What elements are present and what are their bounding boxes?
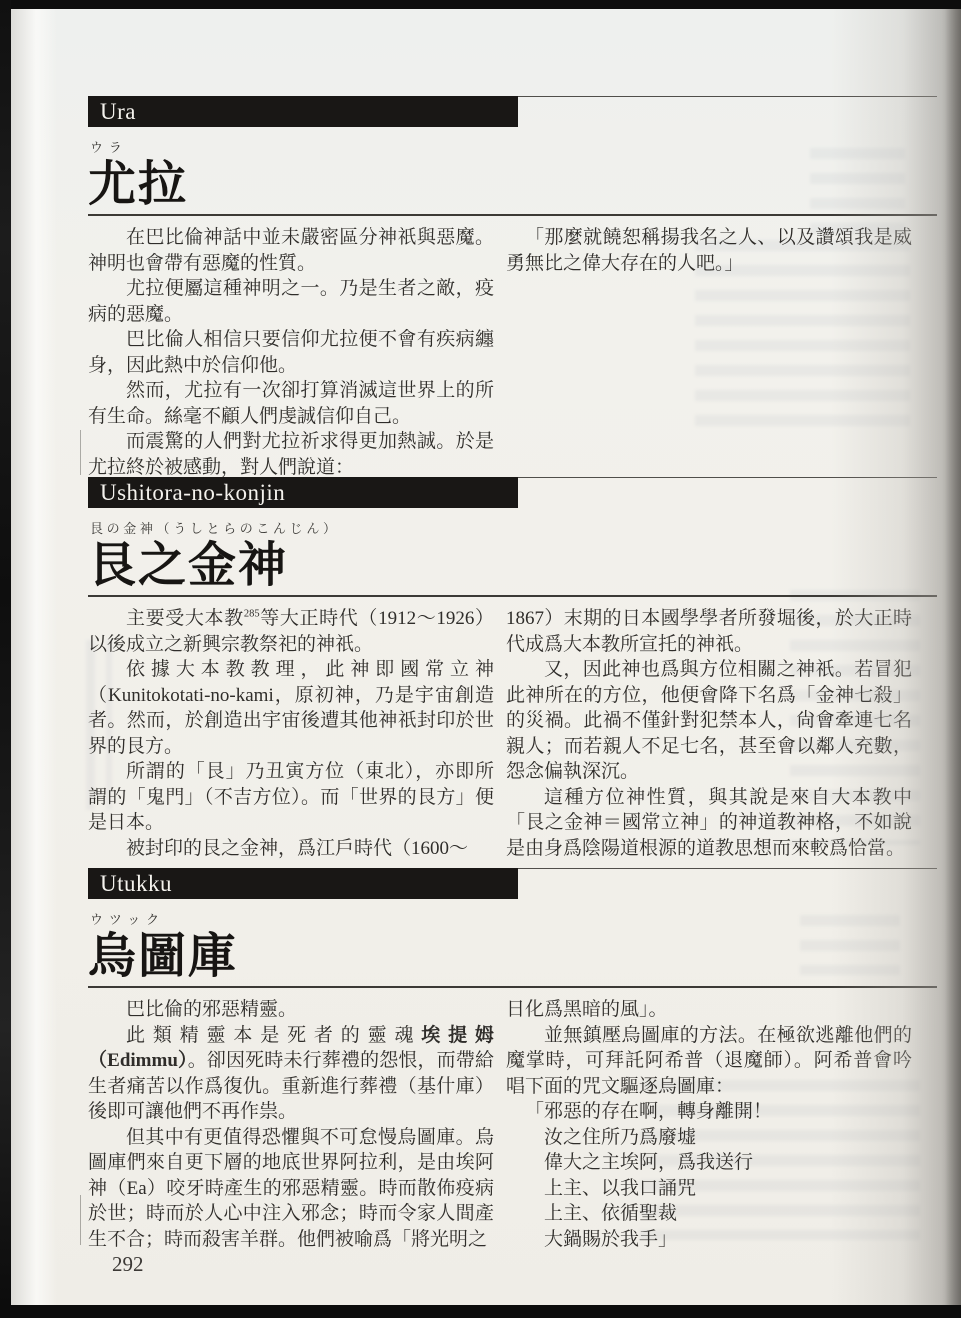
paragraph: 但其中有更值得恐懼與不可怠慢烏圖庫。烏圖庫們來自更下層的地底世界阿拉利，是由埃阿… bbox=[88, 1125, 494, 1253]
paragraph: 這種方位神性質，與其說是來自大本教中「艮之金神＝國常立神」的神道教神格，不如說是… bbox=[506, 785, 912, 862]
margin-hairline bbox=[80, 430, 81, 475]
margin-hairline bbox=[80, 1195, 81, 1245]
scanned-book-page: { "page": { "number": "292" }, "sections… bbox=[0, 0, 961, 1318]
entry-body: 主要受大本教285等大正時代（1912～1926）以後成立之新興宗教祭祀的神祇。… bbox=[88, 606, 937, 861]
scan-edge-left bbox=[0, 0, 11, 1318]
paragraph: 在巴比倫神話中並未嚴密區分神祇與惡魔。神明也會帶有惡魔的性質。 bbox=[88, 225, 494, 276]
paragraph: 日化爲黑暗的風」。 bbox=[506, 997, 912, 1023]
paragraph: 然而，尤拉有一次卻打算消滅這世界上的所有生命。絲毫不顧人們虔誠信仰自己。 bbox=[88, 378, 494, 429]
left-column: 在巴比倫神話中並未嚴密區分神祇與惡魔。神明也會帶有惡魔的性質。尤拉便屬這種神明之… bbox=[88, 225, 494, 480]
entry-title: 烏圖庫 bbox=[88, 930, 937, 982]
paragraph: 上主、依循聖裁 bbox=[506, 1201, 912, 1227]
entry-header-bar: Ushitora-no-konjin bbox=[88, 477, 518, 508]
paragraph: 「那麼就饒恕稱揚我名之人、以及讚頌我是威勇無比之偉大存在的人吧。」 bbox=[506, 225, 912, 276]
paragraph: 又，因此神也爲與方位相關之神祇。若冒犯此神所在的方位，他便會降下名爲「金神七殺」… bbox=[506, 657, 912, 785]
entry-title: 尤拉 bbox=[88, 158, 937, 210]
scan-edge-top bbox=[0, 0, 961, 9]
title-underline-rule bbox=[88, 214, 937, 216]
entry-body: 在巴比倫神話中並未嚴密區分神祇與惡魔。神明也會帶有惡魔的性質。尤拉便屬這種神明之… bbox=[88, 225, 937, 480]
right-column: 「那麼就饒恕稱揚我名之人、以及讚頌我是威勇無比之偉大存在的人吧。」 bbox=[506, 225, 912, 480]
page-number: 292 bbox=[112, 1252, 144, 1277]
scan-edge-bottom bbox=[0, 1305, 961, 1318]
entry-ruby-reading: 艮の金神（うしとらのこんじん） bbox=[90, 518, 937, 537]
page-edge-highlight bbox=[11, 9, 57, 1305]
paragraph: 尤拉便屬這種神明之一。乃是生者之敵，疫病的惡魔。 bbox=[88, 276, 494, 327]
paragraph: 並無鎮壓烏圖庫的方法。在極欲逃離他們的魔掌時，可拜託阿希普（退魔師）。阿希普會吟… bbox=[506, 1023, 912, 1100]
entry-ura: Ura ウラ 尤拉 在巴比倫神話中並未嚴密區分神祇與惡魔。神明也會帶有惡魔的性質… bbox=[88, 96, 937, 480]
paragraph: 所謂的「艮」乃丑寅方位（東北），亦即所謂的「鬼門」（不吉方位）。而「世界的艮方」… bbox=[88, 759, 494, 836]
entry-utukku: Utukku ウツック 烏圖庫 巴比倫的邪惡精靈。此類精靈本是死者的靈魂埃提姆（… bbox=[88, 868, 937, 1252]
entry-roman-name: Ura bbox=[100, 99, 136, 125]
left-column: 巴比倫的邪惡精靈。此類精靈本是死者的靈魂埃提姆（Edimmu）。卻因死時未行葬禮… bbox=[88, 997, 494, 1252]
page-gutter-shadow-dark bbox=[945, 0, 961, 1318]
entry-header-bar: Utukku bbox=[88, 868, 518, 899]
entry-roman-name: Ushitora-no-konjin bbox=[100, 480, 285, 506]
paragraph: 主要受大本教285等大正時代（1912～1926）以後成立之新興宗教祭祀的神祇。 bbox=[88, 606, 494, 657]
left-column: 主要受大本教285等大正時代（1912～1926）以後成立之新興宗教祭祀的神祇。… bbox=[88, 606, 494, 861]
entry-ruby-reading: ウツック bbox=[90, 909, 937, 928]
paragraph: 汝之住所乃爲廢墟 bbox=[506, 1125, 912, 1151]
entry-roman-name: Utukku bbox=[100, 871, 172, 897]
paragraph: 巴比倫人相信只要信仰尤拉便不會有疾病纏身，因此熱中於信仰他。 bbox=[88, 327, 494, 378]
title-underline-rule bbox=[88, 986, 937, 988]
paragraph: 上主、以我口誦咒 bbox=[506, 1176, 912, 1202]
paragraph: 偉大之主埃阿，爲我送行 bbox=[506, 1150, 912, 1176]
right-column: 1867）末期的日本國學學者所發堀後，於大正時代成爲大本教所宣托的神祇。又，因此… bbox=[506, 606, 912, 861]
paragraph: 巴比倫的邪惡精靈。 bbox=[88, 997, 494, 1023]
paragraph: 大鍋賜於我手」 bbox=[506, 1227, 912, 1253]
paragraph: 而震驚的人們對尤拉祈求得更加熱誠。於是尤拉終於被感動，對人們說道： bbox=[88, 429, 494, 480]
paragraph: 被封印的艮之金神，爲江戶時代（1600～ bbox=[88, 836, 494, 862]
right-column: 日化爲黑暗的風」。並無鎮壓烏圖庫的方法。在極欲逃離他們的魔掌時，可拜託阿希普（退… bbox=[506, 997, 912, 1252]
entry-title: 艮之金神 bbox=[88, 539, 937, 591]
title-underline-rule bbox=[88, 595, 937, 597]
entry-ruby-reading: ウラ bbox=[90, 137, 937, 156]
paragraph: 1867）末期的日本國學學者所發堀後，於大正時代成爲大本教所宣托的神祇。 bbox=[506, 606, 912, 657]
paragraph: 此類精靈本是死者的靈魂埃提姆（Edimmu）。卻因死時未行葬禮的怨恨，而帶給生者… bbox=[88, 1023, 494, 1125]
entry-ushitora-no-konjin: Ushitora-no-konjin 艮の金神（うしとらのこんじん） 艮之金神 … bbox=[88, 477, 937, 861]
entry-header-bar: Ura bbox=[88, 96, 518, 127]
entry-body: 巴比倫的邪惡精靈。此類精靈本是死者的靈魂埃提姆（Edimmu）。卻因死時未行葬禮… bbox=[88, 997, 937, 1252]
paragraph: 「邪惡的存在啊，轉身離開！ bbox=[506, 1099, 912, 1125]
paragraph: 依據大本教教理，此神即國常立神（Kunitokotati-no-kami，原初神… bbox=[88, 657, 494, 759]
